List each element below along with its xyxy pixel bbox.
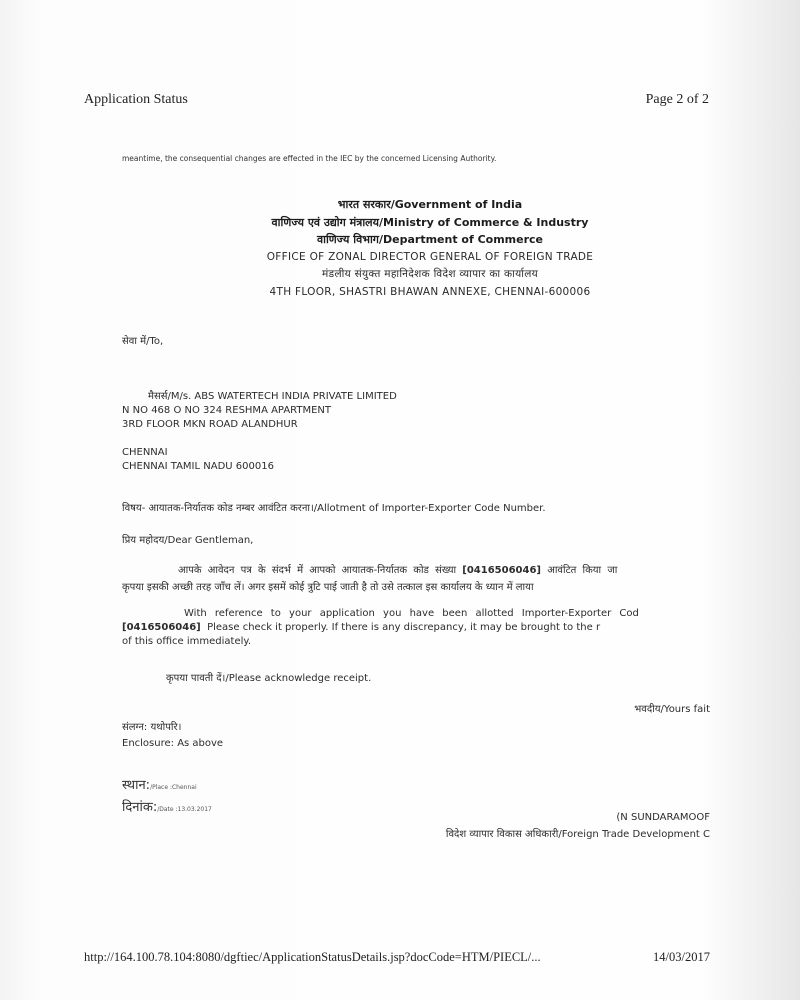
letterhead-department: वाणिज्य विभाग/Department of Commerce — [220, 231, 640, 249]
body-english-line3: of this office immediately. — [122, 635, 712, 649]
footer-print-date: 14/03/2017 — [653, 950, 710, 965]
letterhead-address: 4TH FLOOR, SHASTRI BHAWAN ANNEXE, CHENNA… — [220, 284, 640, 302]
letterhead-office: OFFICE OF ZONAL DIRECTOR GENERAL OF FORE… — [220, 249, 640, 267]
recipient-address-line2: 3RD FLOOR MKN ROAD ALANDHUR — [122, 418, 397, 432]
letterhead-government: भारत सरकार/Government of India — [220, 196, 640, 214]
letterhead-ministry: वाणिज्य एवं उद्योग मंत्रालय/Ministry of … — [220, 214, 640, 232]
page-indicator: Page 2 of 2 — [646, 92, 709, 108]
letterhead-office-hindi: मंडलीय संयुक्त महानिदेशक विदेश व्यापार क… — [220, 266, 640, 284]
signatory-name: (N SUNDARAMOOF — [616, 812, 710, 823]
recipient-address-line1: N NO 468 O NO 324 RESHMA APARTMENT — [122, 404, 397, 418]
body-paragraph-english: With reference to your application you h… — [122, 607, 712, 649]
recipient-state: CHENNAI TAMIL NADU 600016 — [122, 460, 397, 474]
footer-url: http://164.100.78.104:8080/dgftiec/Appli… — [84, 950, 541, 965]
iec-code-english: [0416506046] — [122, 622, 201, 633]
date-label: दिनांक: — [122, 800, 157, 815]
to-label: सेवा में/To, — [122, 333, 163, 347]
iec-code: [0416506046] — [462, 565, 541, 576]
date-field: दिनांक:/Date :13.03.2017 — [122, 796, 212, 815]
recipient-name: मैसर्स/M/s. ABS WATERTECH INDIA PRIVATE … — [122, 390, 397, 404]
enclosure-hindi: संलग्न: यथोपरि। — [122, 719, 181, 733]
recipient-address: मैसर्स/M/s. ABS WATERTECH INDIA PRIVATE … — [122, 390, 397, 474]
closing-yours-faithfully: भवदीय/Yours fait — [634, 701, 710, 715]
carryover-text: meantime, the consequential changes are … — [122, 154, 496, 163]
page-header-title: Application Status — [84, 92, 188, 108]
body-hindi-text-post: आवंटित किया जा — [547, 565, 617, 576]
signatory-designation: विदेश व्यापार विकास अधिकारी/Foreign Trad… — [446, 826, 710, 840]
place-field: स्थान:/Place :Chennai — [122, 774, 197, 793]
body-paragraph-hindi: आपके आवेदन पत्र के संदर्भ में आपको आयातक… — [122, 562, 712, 596]
body-hindi-line2: कृपया इसकी अच्छी तरह जाँच लें। अगर इसमें… — [122, 579, 712, 596]
enclosure-english: Enclosure: As above — [122, 738, 223, 749]
date-value: /Date :13.03.2017 — [157, 806, 212, 813]
body-hindi-text: आपके आवेदन पत्र के संदर्भ में आपको आयातक… — [178, 565, 456, 576]
subject-line: विषय- आयातक-निर्यातक कोड नम्बर आवंटित कर… — [122, 500, 546, 514]
place-label: स्थान: — [122, 778, 150, 793]
letterhead: भारत सरकार/Government of India वाणिज्य ए… — [220, 196, 640, 301]
acknowledge-request: कृपया पावती दें।/Please acknowledge rece… — [166, 670, 371, 684]
place-value: /Place :Chennai — [150, 784, 197, 791]
salutation: प्रिय महोदय/Dear Gentleman, — [122, 532, 253, 546]
body-english-line2: Please check it properly. If there is an… — [207, 622, 600, 633]
recipient-city: CHENNAI — [122, 446, 397, 460]
body-english-line1: With reference to your application you h… — [122, 607, 712, 621]
